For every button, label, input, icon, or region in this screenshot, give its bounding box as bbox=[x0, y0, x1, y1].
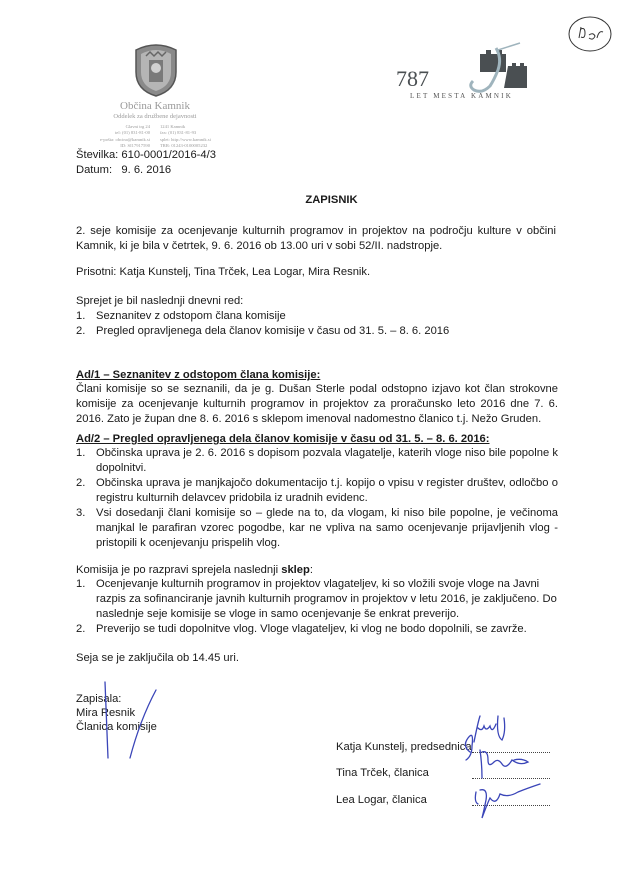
letterhead-left: Občina Kamnik Oddelek za družbene dejavn… bbox=[70, 38, 240, 148]
address-left: Glavni trg 24 tel: (01) 831-81-00 e-pošt… bbox=[72, 124, 150, 150]
intro-paragraph: 2. seje komisije za ocenjevanje kulturni… bbox=[76, 224, 556, 254]
page-title: ZAPISNIK bbox=[0, 193, 631, 207]
agenda-item: 2.Pregled opravljenega dela članov komis… bbox=[74, 324, 554, 339]
ad1-heading: Ad/1 – Seznanitev z odstopom člana komis… bbox=[76, 368, 320, 382]
resolution-item: 2.Preverijo se tudi dopolnitve vlog. Vlo… bbox=[74, 622, 558, 637]
resolution-lead: Komisija je po razpravi sprejela nasledn… bbox=[76, 563, 313, 577]
resolution-list: 1.Ocenjevanje kulturnih programov in pro… bbox=[74, 577, 558, 637]
org-name: Občina Kamnik bbox=[70, 100, 240, 112]
department-name: Oddelek za družbene dejavnosti bbox=[70, 113, 240, 120]
signatory-name: Tina Trček, članica bbox=[336, 767, 429, 779]
handwritten-mark bbox=[567, 14, 613, 54]
recorder-signature bbox=[100, 680, 160, 760]
present-list: Prisotni: Katja Kunstelj, Tina Trček, Le… bbox=[76, 265, 556, 279]
anniversary-number: 787 bbox=[396, 66, 429, 92]
kamnik-crest-icon bbox=[132, 42, 180, 98]
ad2-item: 2.Občinska uprava je manjkajočo dokument… bbox=[74, 476, 558, 506]
ad2-list: 1.Občinska uprava je 2. 6. 2016 s dopiso… bbox=[74, 446, 558, 551]
anniversary-logo: 787 LET MESTA KAMNIK bbox=[420, 40, 540, 110]
agenda-item: 1.Seznanitev z odstopom člana komisije bbox=[74, 309, 554, 324]
document-number: Številka: 610-0001/2016-4/3 bbox=[76, 148, 216, 162]
ad2-heading: Ad/2 – Pregled opravljenega dela članov … bbox=[76, 432, 490, 446]
document-date: Datum: 9. 6. 2016 bbox=[76, 163, 171, 177]
agenda-heading: Sprejet je bil naslednji dnevni red: bbox=[76, 294, 243, 308]
ad1-body: Člani komisije so se seznanili, da je g.… bbox=[76, 382, 558, 427]
handwritten-signatures bbox=[440, 712, 560, 822]
ad2-item: 3.Vsi dosedanji člani komisije so – gled… bbox=[74, 506, 558, 551]
closing-line: Seja se je zaključila ob 14.45 uri. bbox=[76, 651, 239, 665]
anniversary-text: LET MESTA KAMNIK bbox=[410, 92, 513, 100]
ad2-item: 1.Občinska uprava je 2. 6. 2016 s dopiso… bbox=[74, 446, 558, 476]
resolution-item: 1.Ocenjevanje kulturnih programov in pro… bbox=[74, 577, 558, 622]
signatory-name: Lea Logar, članica bbox=[336, 794, 427, 806]
signatory-row: Lea Logar, članica bbox=[336, 793, 427, 807]
agenda-list: 1.Seznanitev z odstopom člana komisije 2… bbox=[74, 309, 554, 339]
signatory-row: Tina Trček, članica bbox=[336, 766, 429, 780]
address-right: 1241 Kamnik fax: (01) 831-81-93 splet: h… bbox=[160, 124, 240, 150]
circle-annotation-icon bbox=[567, 14, 613, 54]
